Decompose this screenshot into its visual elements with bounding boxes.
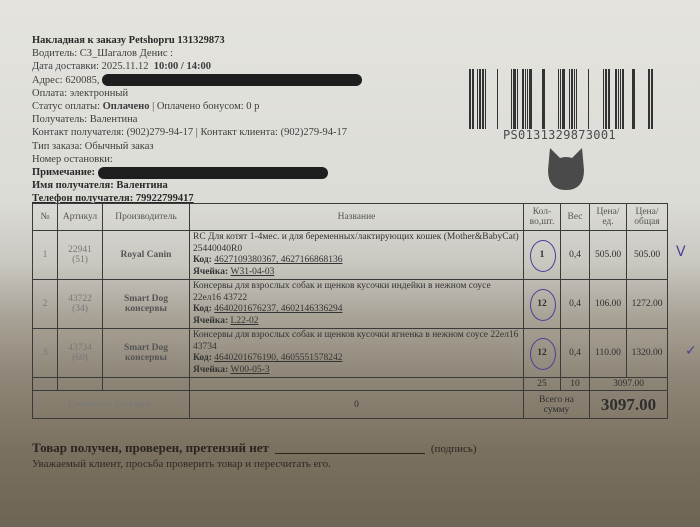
redacted-address <box>102 74 362 86</box>
driver-line: Водитель: СЗ_Шагалов Денис : <box>32 47 362 60</box>
stop-number-line: Номер остановки: <box>32 153 362 166</box>
handwritten-circle <box>530 240 556 272</box>
handwritten-circle <box>530 289 556 321</box>
table-row: 2 43722(34) Smart Dog консервы Консервы … <box>33 280 668 329</box>
items-table: № Артикул Производитель Название Кол-во,… <box>32 203 668 419</box>
order-type-line: Тип заказа: Обычный заказ <box>32 140 362 153</box>
handwritten-check-1: V <box>676 244 686 260</box>
note-line: Примечание: <box>32 166 362 179</box>
table-row: 1 22941(51) Royal Canin RC Для котят 1-4… <box>33 231 668 280</box>
handwritten-circle <box>530 338 556 370</box>
invoice-title: Накладная к заказу Petshopru 131329873 <box>32 34 362 47</box>
cat-head-icon <box>546 146 586 192</box>
receipt-confirmation: Товар получен, проверен, претензий нет(п… <box>32 440 477 456</box>
invoice-header: Накладная к заказу Petshopru 131329873 В… <box>32 34 362 206</box>
table-header-row: № Артикул Производитель Название Кол-во,… <box>33 204 668 231</box>
payment-line: Оплата: электронный <box>32 87 362 100</box>
payment-status-line: Статус оплаты: Оплачено | Оплачено бонус… <box>32 100 362 113</box>
recipient-name-line: Имя получателя: Валентина <box>32 179 362 192</box>
contact-line: Контакт получателя: (902)279-94-17 | Кон… <box>32 126 362 139</box>
table-row: 3 43734(60) Smart Dog консервы Консервы … <box>33 329 668 378</box>
barcode-number: PS0131329873001 <box>503 128 616 142</box>
handwritten-check-3: ✓ <box>685 343 697 359</box>
barcode <box>467 69 657 129</box>
grand-total-row: Стоимость доставки: 0 Всего на сумму 309… <box>33 391 668 419</box>
customer-notice: Уважаемый клиент, просьба проверить това… <box>32 458 331 470</box>
delivery-date-line: Дата доставки: 2025.11.12 10:00 / 14:00 <box>32 60 362 73</box>
recipient-line: Получатель: Валентина <box>32 113 362 126</box>
redacted-note <box>98 167 328 179</box>
invoice-sheet: Накладная к заказу Petshopru 131329873 В… <box>0 0 700 527</box>
address-line: Адрес: 620085, <box>32 74 362 87</box>
grand-total: 3097.00 <box>590 391 668 419</box>
totals-row: 25 10 3097.00 <box>33 378 668 391</box>
signature-line <box>275 453 425 454</box>
